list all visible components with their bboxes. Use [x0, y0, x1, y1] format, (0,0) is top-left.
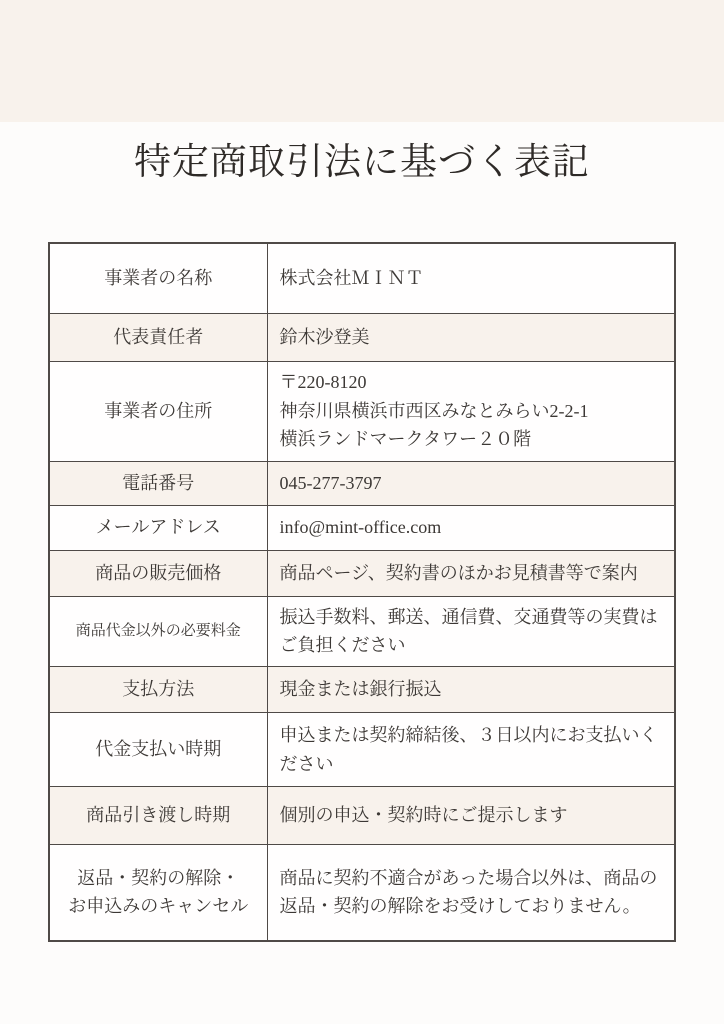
row-label: 返品・契約の解除・ お申込みのキャンセル — [49, 845, 267, 941]
table-row: 事業者の住所 〒220-8120 神奈川県横浜市西区みなとみらい2-2-1 横浜… — [49, 361, 675, 461]
row-value: 現金または銀行振込 — [267, 667, 675, 713]
table-row: 返品・契約の解除・ お申込みのキャンセル 商品に契約不適合があった場合以外は、商… — [49, 845, 675, 941]
row-value: 株式会社ＭＩＮＴ — [267, 243, 675, 313]
row-label: 商品の販売価格 — [49, 550, 267, 596]
row-label: 電話番号 — [49, 461, 267, 505]
row-value: 045-277-3797 — [267, 461, 675, 505]
row-label: 事業者の住所 — [49, 361, 267, 461]
page-title: 特定商取引法に基づく表記 — [0, 139, 724, 187]
row-value: 商品ページ、契約書のほかお見積書等で案内 — [267, 550, 675, 596]
table-row: 代金支払い時期 申込または契約締結後、３日以内にお支払いください — [49, 713, 675, 787]
row-label: 代金支払い時期 — [49, 713, 267, 787]
sct-notice-table: 事業者の名称 株式会社ＭＩＮＴ 代表責任者 鈴木沙登美 事業者の住所 〒220-… — [48, 242, 676, 942]
row-label: 商品引き渡し時期 — [49, 787, 267, 845]
table-row: 商品代金以外の必要料金 振込手数料、郵送、通信費、交通費等の実費はご負担ください — [49, 596, 675, 667]
row-value: 〒220-8120 神奈川県横浜市西区みなとみらい2-2-1 横浜ランドマークタ… — [267, 361, 675, 461]
row-label: 事業者の名称 — [49, 243, 267, 313]
top-band — [0, 0, 724, 122]
table-row: 支払方法 現金または銀行振込 — [49, 667, 675, 713]
table-row: メールアドレス info@mint-office.com — [49, 505, 675, 550]
table-row: 電話番号 045-277-3797 — [49, 461, 675, 505]
row-value: 申込または契約締結後、３日以内にお支払いください — [267, 713, 675, 787]
row-value: 商品に契約不適合があった場合以外は、商品の返品・契約の解除をお受けしておりません… — [267, 845, 675, 941]
table-row: 代表責任者 鈴木沙登美 — [49, 313, 675, 361]
row-label: 商品代金以外の必要料金 — [49, 596, 267, 667]
table-row: 商品の販売価格 商品ページ、契約書のほかお見積書等で案内 — [49, 550, 675, 596]
row-value: info@mint-office.com — [267, 505, 675, 550]
row-value: 鈴木沙登美 — [267, 313, 675, 361]
row-value: 振込手数料、郵送、通信費、交通費等の実費はご負担ください — [267, 596, 675, 667]
row-label: 代表責任者 — [49, 313, 267, 361]
row-value: 個別の申込・契約時にご提示します — [267, 787, 675, 845]
table-row: 商品引き渡し時期 個別の申込・契約時にご提示します — [49, 787, 675, 845]
row-label: メールアドレス — [49, 505, 267, 550]
table-row: 事業者の名称 株式会社ＭＩＮＴ — [49, 243, 675, 313]
row-label: 支払方法 — [49, 667, 267, 713]
